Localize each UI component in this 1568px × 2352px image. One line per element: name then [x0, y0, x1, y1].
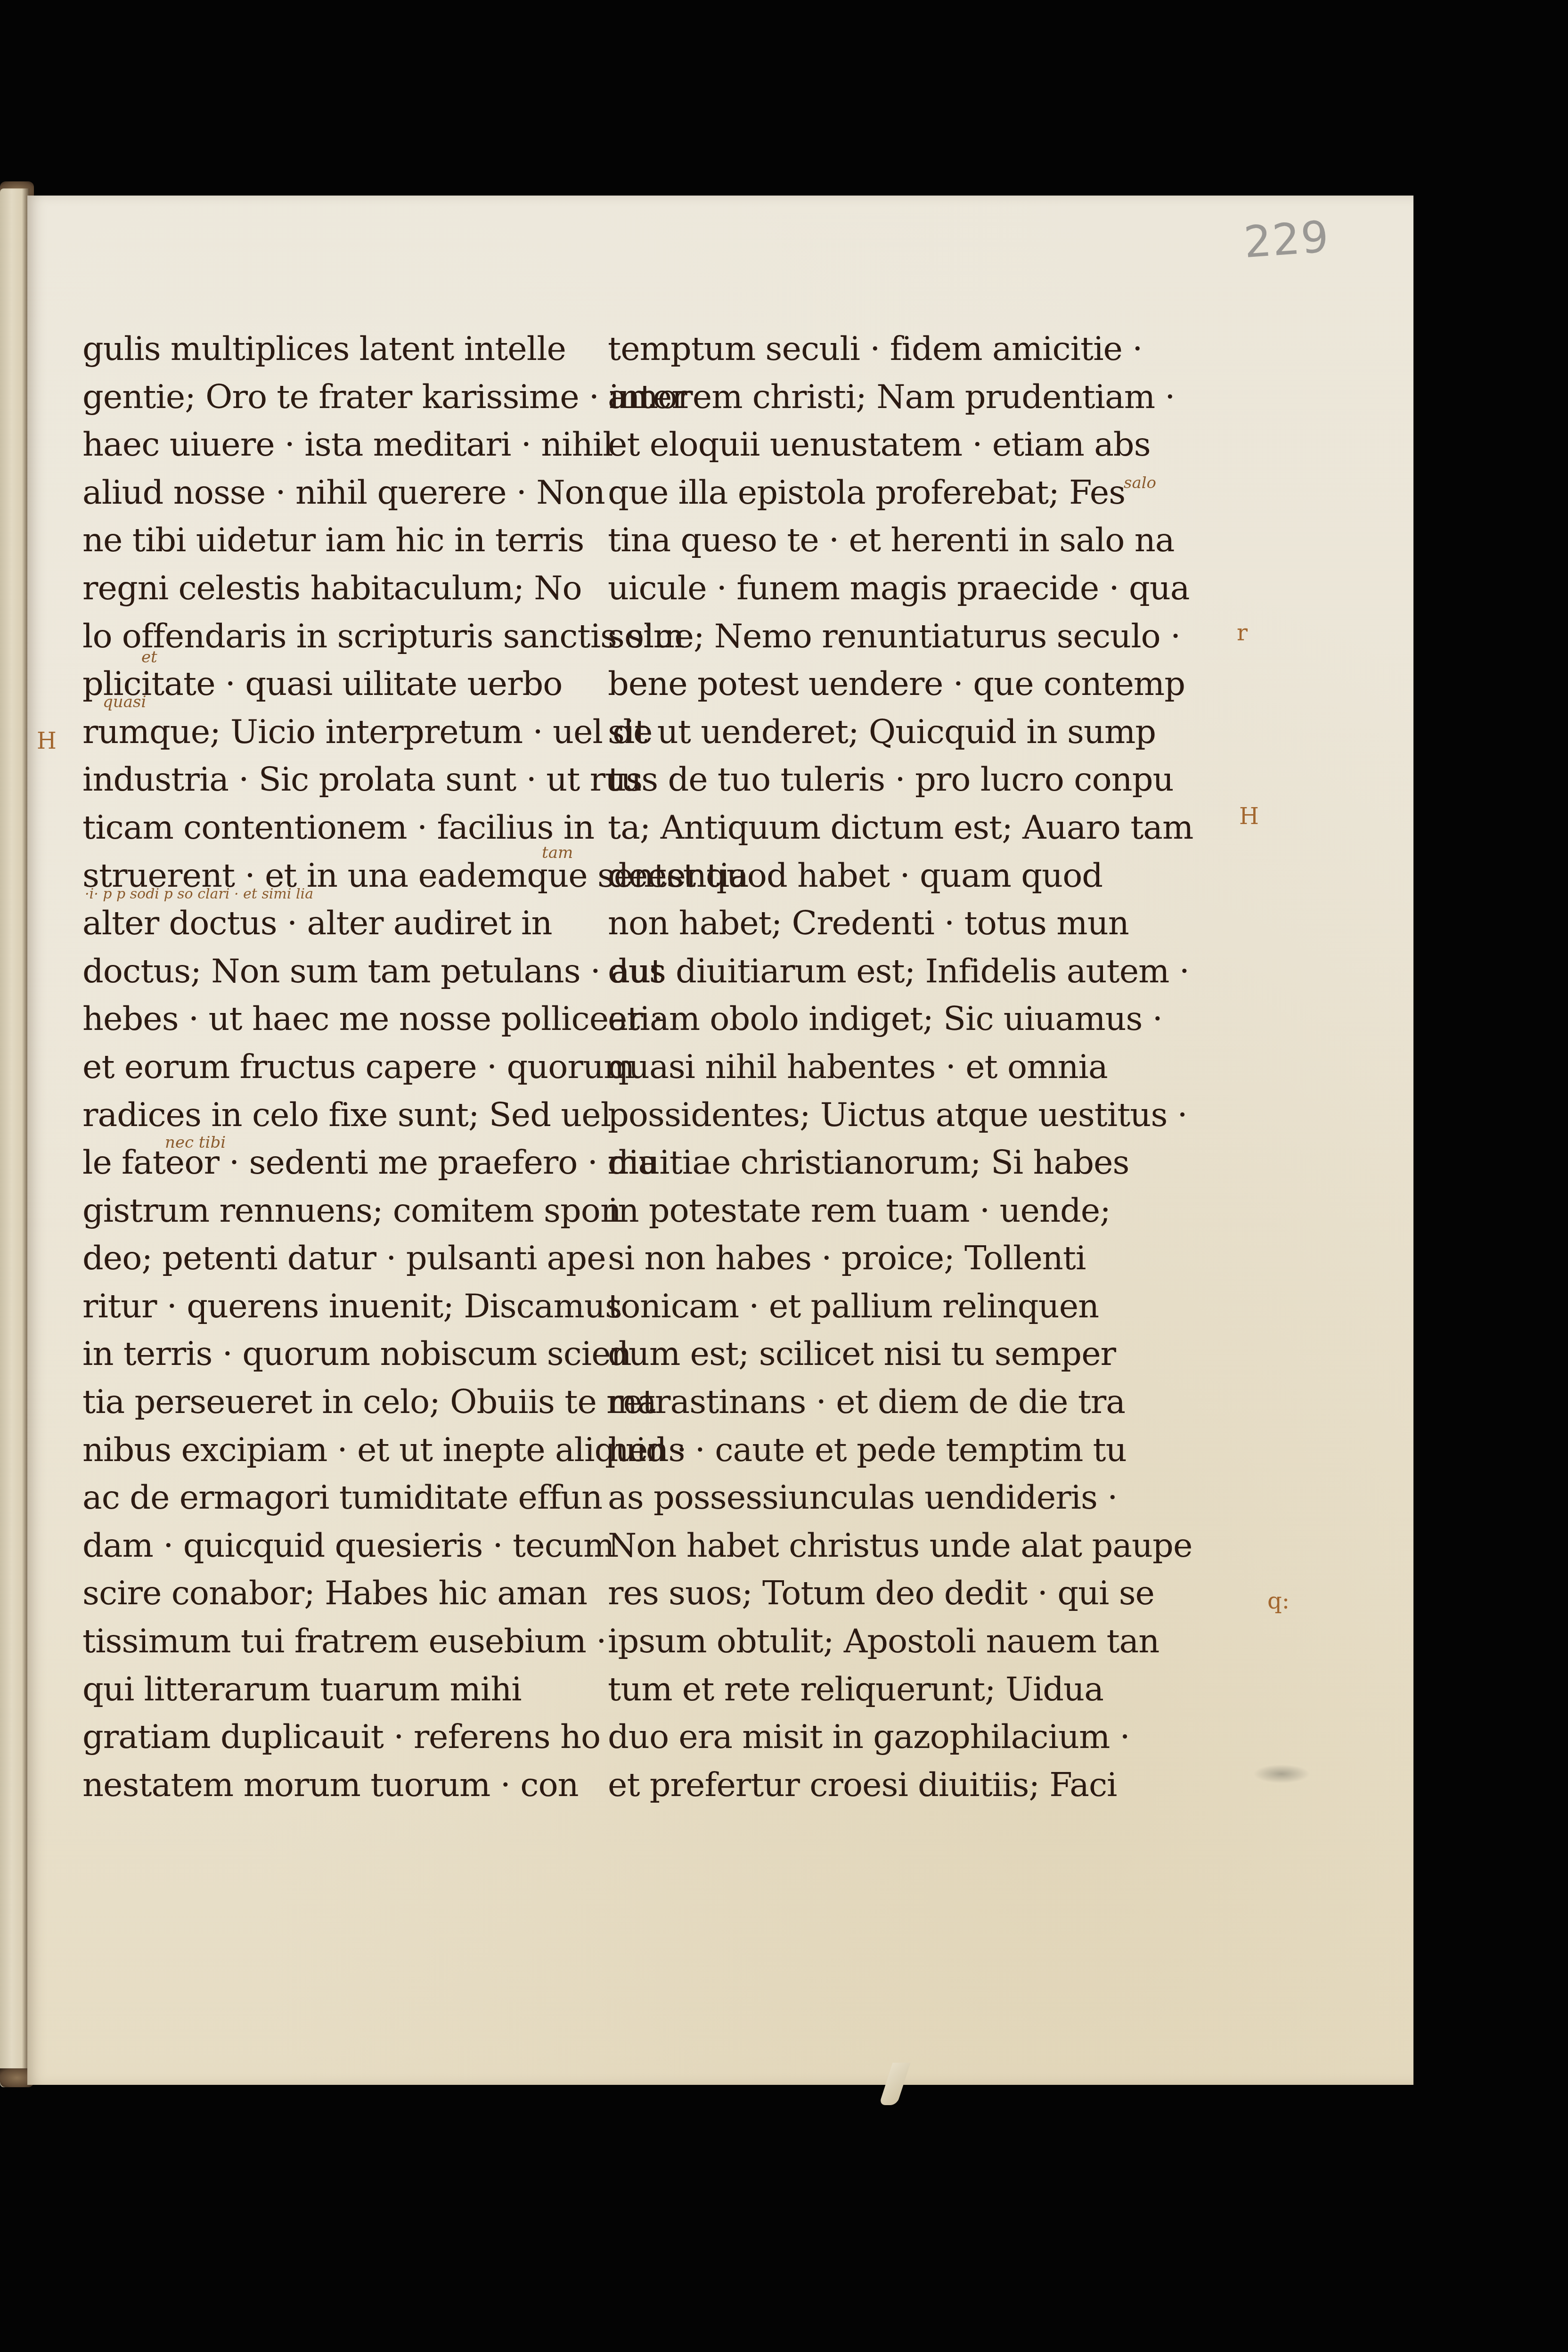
text-line: lo offendaris in scripturis sanctis sim [82, 612, 596, 661]
text-line: nestatem morum tuorum · con [82, 1761, 596, 1809]
text-line: amorem christi; Nam prudentiam · [608, 373, 1187, 421]
text-line: gratiam duplicauit · referens ho [82, 1713, 596, 1761]
text-line: solue; Nemo renuntiaturus seculo · [608, 612, 1187, 661]
text-line: gentie; Oro te frater karissime · inter [82, 373, 596, 421]
interlinear-gloss: et [141, 648, 157, 667]
margin-mark: q: [1267, 1588, 1290, 1614]
text-line: tissimum tui fratrem eusebium · [82, 1617, 596, 1666]
text-line: que illa epistola proferebat; Fes [608, 469, 1187, 517]
marginal-gloss: salo [1124, 474, 1156, 492]
text-line: in potestate rem tuam · uende; [608, 1187, 1187, 1235]
margin-mark: H [37, 728, 57, 754]
text-line: res suos; Totum deo dedit · qui se [608, 1569, 1187, 1617]
text-line: tia perseueret in celo; Obuiis te ma [82, 1378, 596, 1426]
text-line: diuitiae christianorum; Si habes [608, 1139, 1187, 1187]
text-line: tum et rete reliquerunt; Uidua [608, 1666, 1187, 1714]
text-line: dam · quicquid quesieris · tecum [82, 1522, 596, 1570]
text-line: haec uiuere · ista meditari · nihil [82, 421, 596, 469]
text-line: aliud nosse · nihil querere · Non [82, 469, 596, 517]
text-line: scire conabor; Habes hic aman [82, 1569, 596, 1617]
text-line: hens · caute et pede temptim tu [608, 1426, 1187, 1474]
text-line: possidentes; Uictus atque uestitus · [608, 1091, 1187, 1139]
text-line: regni celestis habitaculum; No [82, 564, 596, 612]
text-line: et eloquii uenustatem · etiam abs [608, 421, 1187, 469]
ink-smudge [1253, 1764, 1310, 1783]
interlinear-gloss: tam [542, 843, 573, 862]
text-line: duo era misit in gazophilacium · [608, 1713, 1187, 1761]
text-line: gulis multiplices latent intelle [82, 325, 596, 373]
text-line: rumque; Uicio interpretum · uel de [82, 708, 596, 756]
text-line: et prefertur croesi diuitiis; Faci [608, 1761, 1187, 1809]
text-line: temptum seculi · fidem amicitie · [608, 325, 1187, 373]
text-line: ne tibi uidetur iam hic in terris [82, 516, 596, 564]
text-line: le fateor · sedenti me praefero · ma [82, 1139, 596, 1187]
text-line: ticam contentionem · facilius in [82, 804, 596, 852]
text-line: nibus excipiam · et ut inepte aliquid · [82, 1426, 596, 1474]
text-line: si non habes · proice; Tollenti [608, 1234, 1187, 1282]
text-line: radices in celo fixe sunt; Sed uel [82, 1091, 596, 1139]
interlinear-gloss: ·i· p p sodi p so clari · et simi lia [85, 886, 313, 902]
text-line: tina queso te · et herenti in salo na [608, 516, 1187, 564]
text-line: as possessiunculas uendideris · [608, 1474, 1187, 1522]
interlinear-gloss: nec tibi [165, 1133, 226, 1152]
text-line: deest quod habet · quam quod [608, 852, 1187, 900]
text-line: Non habet christus unde alat paupe [608, 1522, 1187, 1570]
text-line: et eorum fructus capere · quorum [82, 1043, 596, 1091]
text-line: plicitate · quasi uilitate uerbo [82, 660, 596, 708]
text-line: in terris · quorum nobiscum scien [82, 1330, 596, 1378]
text-line: qui litterarum tuarum mihi [82, 1666, 596, 1714]
text-line: deo; petenti datur · pulsanti ape [82, 1234, 596, 1282]
text-line: tonicam · et pallium relinquen [608, 1282, 1187, 1331]
text-line: ta; Antiquum dictum est; Auaro tam [608, 804, 1187, 852]
text-line: dum est; scilicet nisi tu semper [608, 1330, 1187, 1378]
margin-mark: r [1237, 620, 1248, 646]
text-line: quasi nihil habentes · et omnia [608, 1043, 1187, 1091]
text-line: industria · Sic prolata sunt · ut rus [82, 756, 596, 804]
text-column-right: temptum seculi · fidem amicitie · amorem… [608, 325, 1187, 1809]
text-line: ritur · querens inuenit; Discamus [82, 1282, 596, 1331]
text-line: etiam obolo indiget; Sic uiuamus · [608, 995, 1187, 1043]
foliation-number: 229 [1242, 212, 1331, 268]
text-column-left: gulis multiplices latent intelle gentie;… [82, 325, 596, 1809]
text-line: dus diuitiarum est; Infidelis autem · [608, 947, 1187, 996]
text-line: hebes · ut haec me nosse pollicear · [82, 995, 596, 1043]
text-line: doctus; Non sum tam petulans · aut [82, 947, 596, 996]
text-line: alter doctus · alter audiret in [82, 899, 596, 947]
margin-mark: H [1239, 803, 1259, 830]
text-line: bene potest uendere · que contemp [608, 660, 1187, 708]
text-line: tus de tuo tuleris · pro lucro conpu [608, 756, 1187, 804]
binding-spine-edge [0, 188, 29, 2087]
interlinear-gloss: quasi [103, 693, 146, 711]
text-line: uicule · funem magis praecide · qua [608, 564, 1187, 612]
text-line: gistrum rennuens; comitem spon [82, 1187, 596, 1235]
text-line: sit ut uenderet; Quicquid in sump [608, 708, 1187, 756]
text-line: ipsum obtulit; Apostoli nauem tan [608, 1617, 1187, 1666]
text-line: non habet; Credenti · totus mun [608, 899, 1187, 947]
text-line: retrastinans · et diem de die tra [608, 1378, 1187, 1426]
text-line: ac de ermagori tumiditate effun [82, 1474, 596, 1522]
